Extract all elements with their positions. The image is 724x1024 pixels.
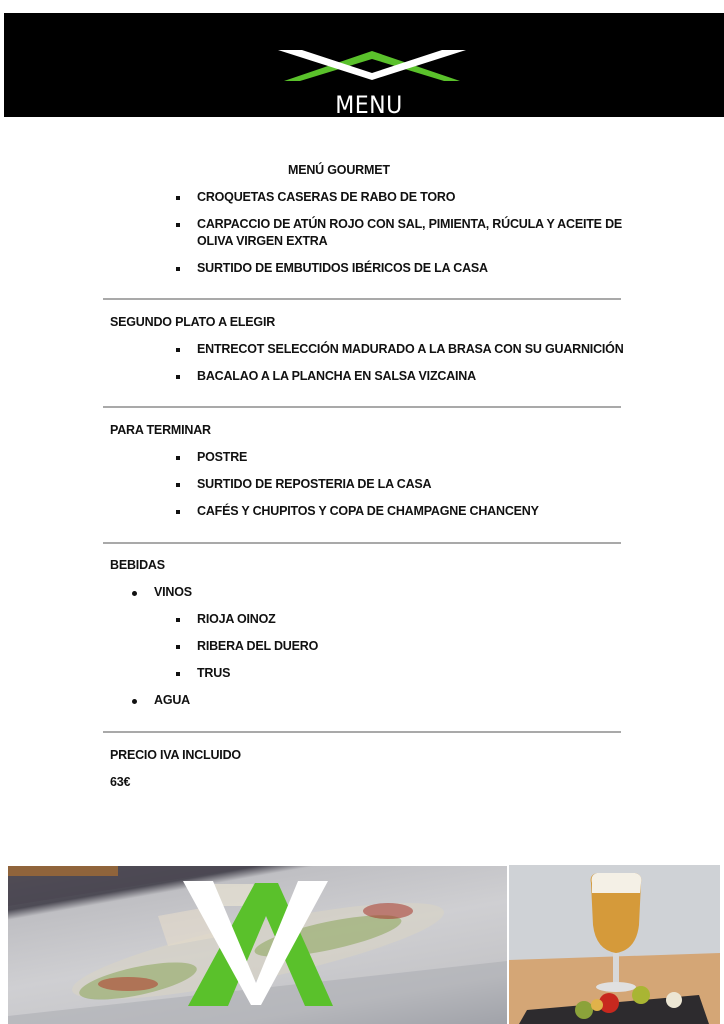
list-item: SURTIDO DE EMBUTIDOS IBÉRICOS DE LA CASA bbox=[197, 261, 488, 275]
list-item-continuation: OLIVA VIRGEN EXTRA bbox=[197, 234, 327, 248]
square-bullet-icon bbox=[176, 456, 180, 460]
square-bullet-icon bbox=[176, 645, 180, 649]
beer-glass-and-pintxos-photo bbox=[509, 865, 720, 1024]
drinks-group-water: AGUA bbox=[154, 693, 190, 707]
menu-title: MENU bbox=[33, 91, 705, 119]
section-divider bbox=[103, 406, 621, 408]
round-bullet-icon bbox=[132, 591, 137, 596]
section-heading-main-course: SEGUNDO PLATO A ELEGIR bbox=[110, 315, 275, 329]
menu-heading: MENÚ GOURMET bbox=[288, 163, 390, 177]
v-logo-icon bbox=[178, 878, 338, 1013]
square-bullet-icon bbox=[176, 483, 180, 487]
square-bullet-icon bbox=[176, 267, 180, 271]
list-item: TRUS bbox=[197, 666, 230, 680]
section-heading-drinks: BEBIDAS bbox=[110, 558, 165, 572]
list-item: RIBERA DEL DUERO bbox=[197, 639, 318, 653]
carpaccio-plate-photo bbox=[8, 866, 507, 1024]
beer-pintxos-illustration bbox=[509, 865, 720, 1024]
drinks-group-wines: VINOS bbox=[154, 585, 192, 599]
section-divider bbox=[103, 542, 621, 544]
square-bullet-icon bbox=[176, 618, 180, 622]
square-bullet-icon bbox=[176, 223, 180, 227]
price-value: 63€ bbox=[110, 775, 130, 789]
list-item: BACALAO A LA PLANCHA EN SALSA VIZCAINA bbox=[197, 369, 476, 383]
list-item: SURTIDO DE REPOSTERIA DE LA CASA bbox=[197, 477, 431, 491]
square-bullet-icon bbox=[176, 375, 180, 379]
list-item: CARPACCIO DE ATÚN ROJO CON SAL, PIMIENTA… bbox=[197, 217, 622, 231]
square-bullet-icon bbox=[176, 196, 180, 200]
section-divider bbox=[103, 731, 621, 733]
header-banner: MENU bbox=[4, 13, 724, 117]
square-bullet-icon bbox=[176, 672, 180, 676]
section-divider bbox=[103, 298, 621, 300]
square-bullet-icon bbox=[176, 510, 180, 514]
square-bullet-icon bbox=[176, 348, 180, 352]
list-item: CAFÉS Y CHUPITOS Y COPA DE CHAMPAGNE CHA… bbox=[197, 504, 539, 518]
list-item: RIOJA OINOZ bbox=[197, 612, 276, 626]
price-label: PRECIO IVA INCLUIDO bbox=[110, 748, 241, 762]
round-bullet-icon bbox=[132, 699, 137, 704]
list-item: ENTRECOT SELECCIÓN MADURADO A LA BRASA C… bbox=[197, 342, 624, 356]
list-item: CROQUETAS CASERAS DE RABO DE TORO bbox=[197, 190, 455, 204]
section-heading-dessert: PARA TERMINAR bbox=[110, 423, 211, 437]
list-item: POSTRE bbox=[197, 450, 247, 464]
v-chevron-logo-icon bbox=[274, 45, 474, 85]
